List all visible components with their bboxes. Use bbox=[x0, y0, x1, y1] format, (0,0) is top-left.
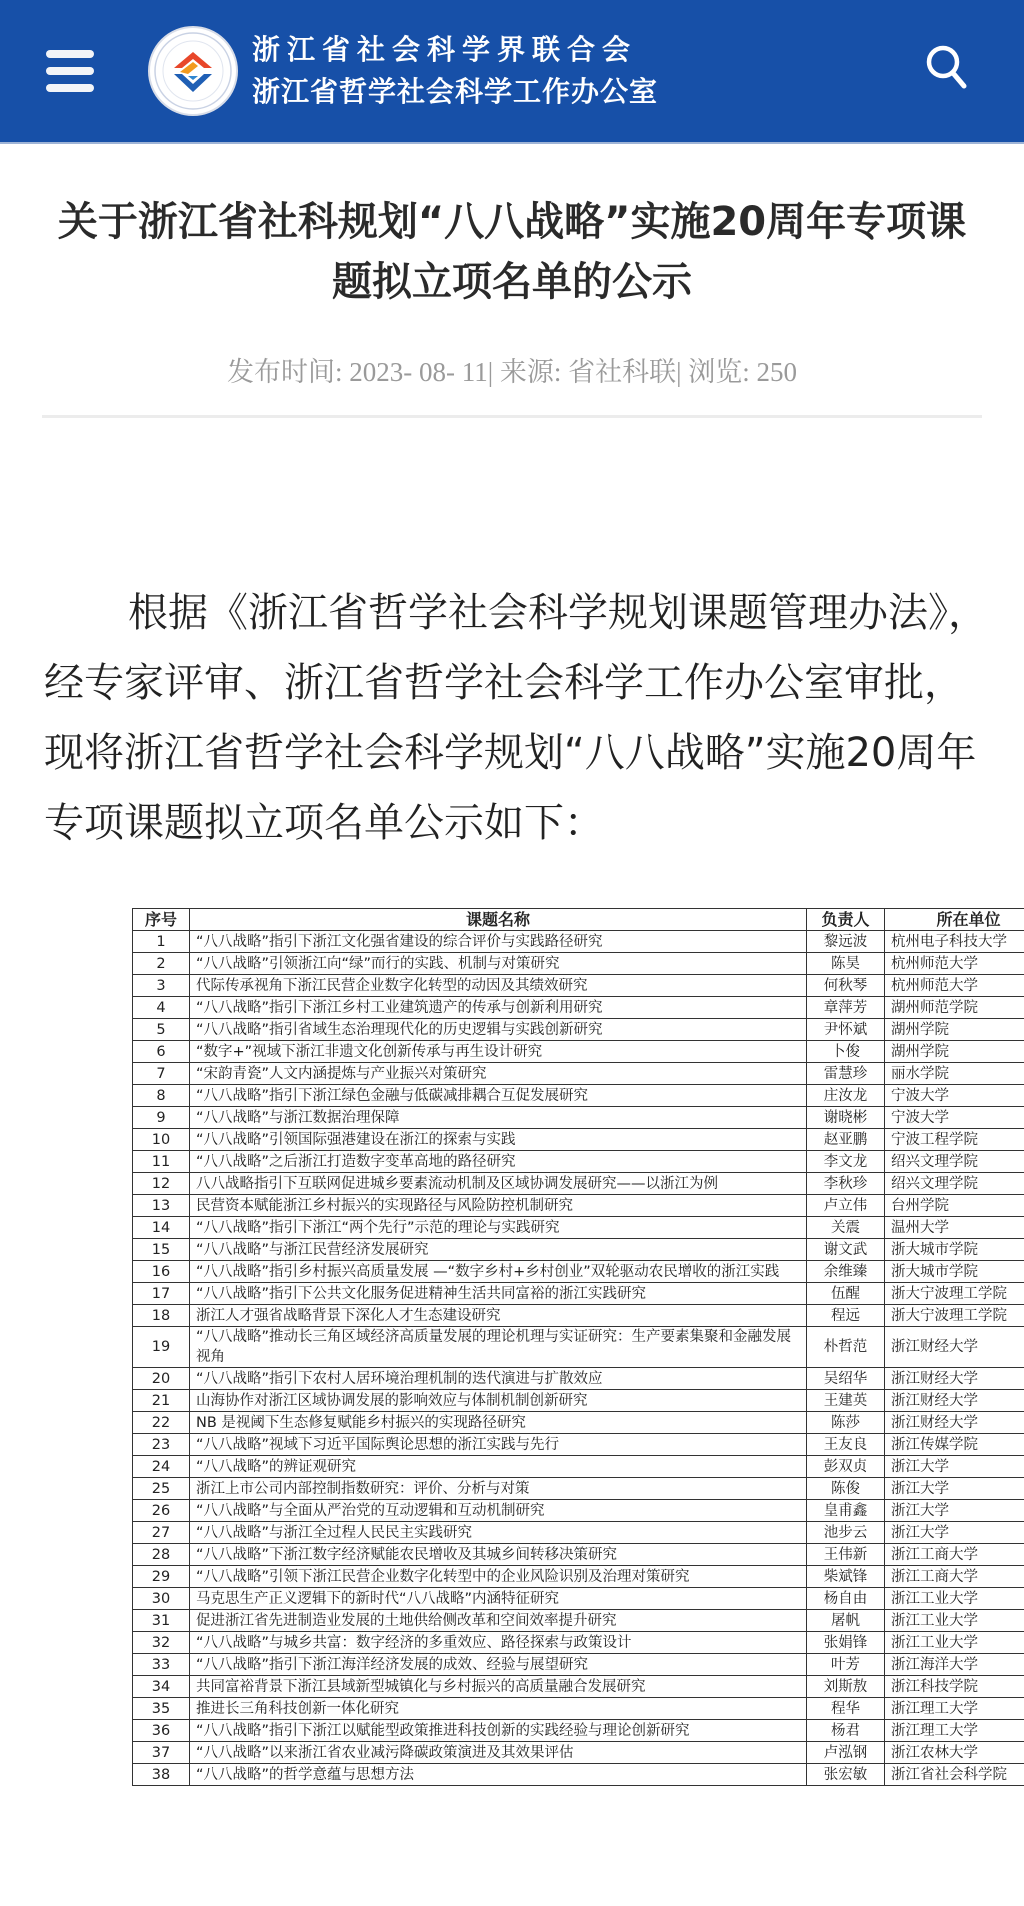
table-row: 22NB 是视阈下生态修复赋能乡村振兴的实现路径研究陈莎浙江财经大学 bbox=[133, 1412, 1024, 1434]
row-number: 17 bbox=[133, 1283, 190, 1305]
row-title: “八八战略”指引下浙江海洋经济发展的成效、经验与展望研究 bbox=[190, 1654, 807, 1676]
row-unit: 浙江工商大学 bbox=[885, 1566, 1024, 1588]
row-unit: 绍兴文理学院 bbox=[885, 1151, 1024, 1173]
row-title: “八八战略”视域下习近平国际舆论思想的浙江实践与先行 bbox=[190, 1434, 807, 1456]
row-title: 马克思生产正义逻辑下的新时代“八八战略”内涵特征研究 bbox=[190, 1588, 807, 1610]
row-lead: 皇甫鑫 bbox=[807, 1500, 885, 1522]
row-lead: 张宏敏 bbox=[807, 1764, 885, 1786]
table-row: 10“八八战略”引领国际强港建设在浙江的探索与实践赵亚鹏宁波工程学院 bbox=[133, 1129, 1024, 1151]
table-row: 7“宋韵青瓷”人文内涵提炼与产业振兴对策研究雷慧珍丽水学院 bbox=[133, 1063, 1024, 1085]
table-row: 30马克思生产正义逻辑下的新时代“八八战略”内涵特征研究杨自由浙江工业大学 bbox=[133, 1588, 1024, 1610]
row-title: 山海协作对浙江区域协调发展的影响效应与体制机制创新研究 bbox=[190, 1390, 807, 1412]
table-row: 19“八八战略”推动长三角区域经济高质量发展的理论机理与实证研究：生产要素集聚和… bbox=[133, 1327, 1024, 1368]
row-unit: 浙江工业大学 bbox=[885, 1588, 1024, 1610]
row-number: 23 bbox=[133, 1434, 190, 1456]
row-unit: 浙江工业大学 bbox=[885, 1610, 1024, 1632]
row-lead: 伍醒 bbox=[807, 1283, 885, 1305]
table-row: 17“八八战略”指引下公共文化服务促进精神生活共同富裕的浙江实践研究伍醒浙大宁波… bbox=[133, 1283, 1024, 1305]
row-unit: 温州大学 bbox=[885, 1217, 1024, 1239]
row-title: “八八战略”指引下浙江乡村工业建筑遗产的传承与创新利用研究 bbox=[190, 997, 807, 1019]
row-number: 24 bbox=[133, 1456, 190, 1478]
table-row: 5“八八战略”指引省域生态治理现代化的历史逻辑与实践创新研究尹怀斌湖州学院 bbox=[133, 1019, 1024, 1041]
row-unit: 浙江海洋大学 bbox=[885, 1654, 1024, 1676]
table-row: 29“八八战略”引领下浙江民营企业数字化转型中的企业风险识别及治理对策研究柴斌锋… bbox=[133, 1566, 1024, 1588]
table-row: 15“八八战略”与浙江民营经济发展研究谢文武浙大城市学院 bbox=[133, 1239, 1024, 1261]
row-number: 37 bbox=[133, 1742, 190, 1764]
row-lead: 卢泓钢 bbox=[807, 1742, 885, 1764]
table-row: 3代际传承视角下浙江民营企业数字化转型的动因及其绩效研究何秋琴杭州师范大学 bbox=[133, 975, 1024, 997]
row-lead: 尹怀斌 bbox=[807, 1019, 885, 1041]
row-unit: 浙江大学 bbox=[885, 1456, 1024, 1478]
row-unit: 浙大城市学院 bbox=[885, 1239, 1024, 1261]
row-number: 29 bbox=[133, 1566, 190, 1588]
table-row: 23“八八战略”视域下习近平国际舆论思想的浙江实践与先行王友良浙江传媒学院 bbox=[133, 1434, 1024, 1456]
row-lead: 张娟锋 bbox=[807, 1632, 885, 1654]
table-row: 25浙江上市公司内部控制指数研究：评价、分析与对策陈俊浙江大学 bbox=[133, 1478, 1024, 1500]
row-number: 18 bbox=[133, 1305, 190, 1327]
table-row: 36“八八战略”指引下浙江以赋能型政策推进科技创新的实践经验与理论创新研究杨君浙… bbox=[133, 1720, 1024, 1742]
article-paragraph: 根据《浙江省哲学社会科学规划课题管理办法》，经专家评审、浙江省哲学社会科学工作办… bbox=[44, 578, 994, 858]
row-title: 八八战略指引下互联网促进城乡要素流动机制及区域协调发展研究——以浙江为例 bbox=[190, 1173, 807, 1195]
table-row: 21山海协作对浙江区域协调发展的影响效应与体制机制创新研究王建英浙江财经大学 bbox=[133, 1390, 1024, 1412]
row-lead: 屠帆 bbox=[807, 1610, 885, 1632]
row-number: 9 bbox=[133, 1107, 190, 1129]
row-title: “八八战略”推动长三角区域经济高质量发展的理论机理与实证研究：生产要素集聚和金融… bbox=[190, 1327, 807, 1368]
row-title: “八八战略”与浙江全过程人民民主实践研究 bbox=[190, 1522, 807, 1544]
row-number: 33 bbox=[133, 1654, 190, 1676]
table-header-row: 序号 课题名称 负责人 所在单位 bbox=[133, 909, 1024, 931]
row-lead: 程华 bbox=[807, 1698, 885, 1720]
row-number: 32 bbox=[133, 1632, 190, 1654]
row-title: “八八战略”引领浙江向“绿”而行的实践、机制与对策研究 bbox=[190, 953, 807, 975]
row-unit: 浙江理工大学 bbox=[885, 1720, 1024, 1742]
row-unit: 浙江财经大学 bbox=[885, 1368, 1024, 1390]
row-unit: 浙大宁波理工学院 bbox=[885, 1305, 1024, 1327]
row-unit: 浙江财经大学 bbox=[885, 1327, 1024, 1368]
table-row: 6“数字+”视域下浙江非遗文化创新传承与再生设计研究卜俊湖州学院 bbox=[133, 1041, 1024, 1063]
row-number: 11 bbox=[133, 1151, 190, 1173]
row-lead: 李秋珍 bbox=[807, 1173, 885, 1195]
article-meta: 发布时间: 2023- 08- 11| 来源: 省社科联| 浏览: 250 bbox=[0, 350, 1024, 389]
table-row: 16“八八战略”指引乡村振兴高质量发展 —“数字乡村+乡村创业”双轮驱动农民增收… bbox=[133, 1261, 1024, 1283]
search-icon[interactable] bbox=[924, 42, 970, 94]
row-unit: 丽水学院 bbox=[885, 1063, 1024, 1085]
row-number: 13 bbox=[133, 1195, 190, 1217]
header-unit: 所在单位 bbox=[885, 909, 1024, 931]
row-lead: 庄汝龙 bbox=[807, 1085, 885, 1107]
row-title: 推进长三角科技创新一体化研究 bbox=[190, 1698, 807, 1720]
table-row: 32“八八战略”与城乡共富：数字经济的多重效应、路径探索与政策设计张娟锋浙江工业… bbox=[133, 1632, 1024, 1654]
row-lead: 王建英 bbox=[807, 1390, 885, 1412]
row-unit: 浙江大学 bbox=[885, 1500, 1024, 1522]
row-title: “数字+”视域下浙江非遗文化创新传承与再生设计研究 bbox=[190, 1041, 807, 1063]
header-title: 课题名称 bbox=[190, 909, 807, 931]
row-lead: 谢晓彬 bbox=[807, 1107, 885, 1129]
row-title: “八八战略”引领下浙江民营企业数字化转型中的企业风险识别及治理对策研究 bbox=[190, 1566, 807, 1588]
table-row: 24“八八战略”的辨证观研究彭双贞浙江大学 bbox=[133, 1456, 1024, 1478]
row-unit: 浙江传媒学院 bbox=[885, 1434, 1024, 1456]
site-header: 浙江省社会科学界联合会 浙江省哲学社会科学工作办公室 bbox=[0, 0, 1024, 144]
row-number: 10 bbox=[133, 1129, 190, 1151]
row-unit: 浙江财经大学 bbox=[885, 1390, 1024, 1412]
row-title: “八八战略”以来浙江省农业减污降碳政策演进及其效果评估 bbox=[190, 1742, 807, 1764]
row-unit: 浙江省社会科学院 bbox=[885, 1764, 1024, 1786]
table-row: 33“八八战略”指引下浙江海洋经济发展的成效、经验与展望研究叶芳浙江海洋大学 bbox=[133, 1654, 1024, 1676]
row-unit: 浙江农林大学 bbox=[885, 1742, 1024, 1764]
row-title: “八八战略”与城乡共富：数字经济的多重效应、路径探索与政策设计 bbox=[190, 1632, 807, 1654]
divider bbox=[42, 415, 982, 418]
row-title: “八八战略”与浙江数据治理保障 bbox=[190, 1107, 807, 1129]
org-name-line1: 浙江省社会科学界联合会 bbox=[252, 30, 658, 70]
row-number: 5 bbox=[133, 1019, 190, 1041]
row-unit: 浙大城市学院 bbox=[885, 1261, 1024, 1283]
row-number: 26 bbox=[133, 1500, 190, 1522]
row-number: 19 bbox=[133, 1327, 190, 1368]
row-title: 浙江人才强省战略背景下深化人才生态建设研究 bbox=[190, 1305, 807, 1327]
row-number: 14 bbox=[133, 1217, 190, 1239]
row-title: “八八战略”指引下浙江文化强省建设的综合评价与实践路径研究 bbox=[190, 931, 807, 953]
row-unit: 浙江工商大学 bbox=[885, 1544, 1024, 1566]
row-number: 27 bbox=[133, 1522, 190, 1544]
row-title: NB 是视阈下生态修复赋能乡村振兴的实现路径研究 bbox=[190, 1412, 807, 1434]
row-unit: 宁波工程学院 bbox=[885, 1129, 1024, 1151]
row-lead: 余维臻 bbox=[807, 1261, 885, 1283]
header-lead: 负责人 bbox=[807, 909, 885, 931]
row-unit: 杭州师范大学 bbox=[885, 975, 1024, 997]
row-number: 34 bbox=[133, 1676, 190, 1698]
row-lead: 黎远波 bbox=[807, 931, 885, 953]
row-number: 3 bbox=[133, 975, 190, 997]
row-number: 31 bbox=[133, 1610, 190, 1632]
row-number: 7 bbox=[133, 1063, 190, 1085]
row-number: 30 bbox=[133, 1588, 190, 1610]
row-unit: 杭州电子科技大学 bbox=[885, 931, 1024, 953]
table-row: 27“八八战略”与浙江全过程人民民主实践研究池步云浙江大学 bbox=[133, 1522, 1024, 1544]
row-title: “八八战略”的辨证观研究 bbox=[190, 1456, 807, 1478]
table-row: 9“八八战略”与浙江数据治理保障谢晓彬宁波大学 bbox=[133, 1107, 1024, 1129]
row-lead: 柴斌锋 bbox=[807, 1566, 885, 1588]
row-lead: 何秋琴 bbox=[807, 975, 885, 997]
org-logo[interactable] bbox=[148, 26, 238, 116]
row-title: “八八战略”之后浙江打造数字变革高地的路径研究 bbox=[190, 1151, 807, 1173]
table-row: 35推进长三角科技创新一体化研究程华浙江理工大学 bbox=[133, 1698, 1024, 1720]
table-row: 37“八八战略”以来浙江省农业减污降碳政策演进及其效果评估卢泓钢浙江农林大学 bbox=[133, 1742, 1024, 1764]
row-title: 代际传承视角下浙江民营企业数字化转型的动因及其绩效研究 bbox=[190, 975, 807, 997]
row-lead: 章萍芳 bbox=[807, 997, 885, 1019]
row-unit: 浙大宁波理工学院 bbox=[885, 1283, 1024, 1305]
row-unit: 宁波大学 bbox=[885, 1107, 1024, 1129]
table-row: 31促进浙江省先进制造业发展的土地供给侧改革和空间效率提升研究屠帆浙江工业大学 bbox=[133, 1610, 1024, 1632]
table-row: 18浙江人才强省战略背景下深化人才生态建设研究程远浙大宁波理工学院 bbox=[133, 1305, 1024, 1327]
row-lead: 杨自由 bbox=[807, 1588, 885, 1610]
row-number: 16 bbox=[133, 1261, 190, 1283]
row-lead: 王伟新 bbox=[807, 1544, 885, 1566]
table-row: 11 “八八战略”之后浙江打造数字变革高地的路径研究李文龙绍兴文理学院 bbox=[133, 1151, 1024, 1173]
row-lead: 叶芳 bbox=[807, 1654, 885, 1676]
row-number: 25 bbox=[133, 1478, 190, 1500]
row-unit: 湖州学院 bbox=[885, 1019, 1024, 1041]
row-lead: 陈俊 bbox=[807, 1478, 885, 1500]
row-lead: 刘斯敖 bbox=[807, 1676, 885, 1698]
row-unit: 浙江理工大学 bbox=[885, 1698, 1024, 1720]
table-row: 20“八八战略”指引下农村人居环境治理机制的迭代演进与扩散效应吴绍华浙江财经大学 bbox=[133, 1368, 1024, 1390]
row-unit: 湖州学院 bbox=[885, 1041, 1024, 1063]
row-number: 1 bbox=[133, 931, 190, 953]
row-lead: 卢立伟 bbox=[807, 1195, 885, 1217]
row-title: 民营资本赋能浙江乡村振兴的实现路径与风险防控机制研究 bbox=[190, 1195, 807, 1217]
row-unit: 杭州师范大学 bbox=[885, 953, 1024, 975]
row-lead: 陈莎 bbox=[807, 1412, 885, 1434]
row-title: “八八战略”指引下农村人居环境治理机制的迭代演进与扩散效应 bbox=[190, 1368, 807, 1390]
row-number: 12 bbox=[133, 1173, 190, 1195]
row-title: “八八战略”指引乡村振兴高质量发展 —“数字乡村+乡村创业”双轮驱动农民增收的浙… bbox=[190, 1261, 807, 1283]
row-title: “八八战略”指引下浙江以赋能型政策推进科技创新的实践经验与理论创新研究 bbox=[190, 1720, 807, 1742]
row-title: “八八战略”与浙江民营经济发展研究 bbox=[190, 1239, 807, 1261]
table-row: 2“八八战略”引领浙江向“绿”而行的实践、机制与对策研究陈昊杭州师范大学 bbox=[133, 953, 1024, 975]
row-lead: 朴哲范 bbox=[807, 1327, 885, 1368]
row-number: 38 bbox=[133, 1764, 190, 1786]
hamburger-menu-icon[interactable] bbox=[46, 50, 94, 94]
row-lead: 赵亚鹏 bbox=[807, 1129, 885, 1151]
org-name: 浙江省社会科学界联合会 浙江省哲学社会科学工作办公室 bbox=[252, 30, 658, 114]
row-lead: 池步云 bbox=[807, 1522, 885, 1544]
row-number: 22 bbox=[133, 1412, 190, 1434]
row-unit: 浙江大学 bbox=[885, 1522, 1024, 1544]
row-title: “八八战略”指引省域生态治理现代化的历史逻辑与实践创新研究 bbox=[190, 1019, 807, 1041]
table-row: 8“八八战略”指引下浙江绿色金融与低碳减排耦合互促发展研究庄汝龙宁波大学 bbox=[133, 1085, 1024, 1107]
table-row: 38“八八战略”的哲学意蕴与思想方法张宏敏浙江省社会科学院 bbox=[133, 1764, 1024, 1786]
row-number: 15 bbox=[133, 1239, 190, 1261]
row-number: 36 bbox=[133, 1720, 190, 1742]
row-lead: 陈昊 bbox=[807, 953, 885, 975]
row-lead: 雷慧珍 bbox=[807, 1063, 885, 1085]
row-number: 35 bbox=[133, 1698, 190, 1720]
row-lead: 彭双贞 bbox=[807, 1456, 885, 1478]
table-body: 1“八八战略”指引下浙江文化强省建设的综合评价与实践路径研究黎远波杭州电子科技大… bbox=[133, 931, 1024, 1786]
row-lead: 关震 bbox=[807, 1217, 885, 1239]
table-row: 12八八战略指引下互联网促进城乡要素流动机制及区域协调发展研究——以浙江为例李秋… bbox=[133, 1173, 1024, 1195]
row-number: 2 bbox=[133, 953, 190, 975]
row-unit: 台州学院 bbox=[885, 1195, 1024, 1217]
row-number: 8 bbox=[133, 1085, 190, 1107]
row-title: “八八战略”指引下浙江绿色金融与低碳减排耦合互促发展研究 bbox=[190, 1085, 807, 1107]
table-row: 14“八八战略”指引下浙江“两个先行”示范的理论与实践研究关震温州大学 bbox=[133, 1217, 1024, 1239]
project-list-table-container: 序号 课题名称 负责人 所在单位 1“八八战略”指引下浙江文化强省建设的综合评价… bbox=[132, 908, 1024, 1786]
row-number: 6 bbox=[133, 1041, 190, 1063]
row-title: “八八战略”与全面从严治党的互动逻辑和互动机制研究 bbox=[190, 1500, 807, 1522]
row-unit: 宁波大学 bbox=[885, 1085, 1024, 1107]
row-title: 浙江上市公司内部控制指数研究：评价、分析与对策 bbox=[190, 1478, 807, 1500]
row-lead: 杨君 bbox=[807, 1720, 885, 1742]
row-lead: 王友良 bbox=[807, 1434, 885, 1456]
row-unit: 浙江工业大学 bbox=[885, 1632, 1024, 1654]
row-lead: 卜俊 bbox=[807, 1041, 885, 1063]
project-list-table: 序号 课题名称 负责人 所在单位 1“八八战略”指引下浙江文化强省建设的综合评价… bbox=[132, 908, 1024, 1786]
row-title: “八八战略”引领国际强港建设在浙江的探索与实践 bbox=[190, 1129, 807, 1151]
row-lead: 吴绍华 bbox=[807, 1368, 885, 1390]
row-title: 促进浙江省先进制造业发展的土地供给侧改革和空间效率提升研究 bbox=[190, 1610, 807, 1632]
row-title: “八八战略”指引下浙江“两个先行”示范的理论与实践研究 bbox=[190, 1217, 807, 1239]
table-row: 13民营资本赋能浙江乡村振兴的实现路径与风险防控机制研究卢立伟台州学院 bbox=[133, 1195, 1024, 1217]
row-unit: 浙江科技学院 bbox=[885, 1676, 1024, 1698]
table-row: 26“八八战略”与全面从严治党的互动逻辑和互动机制研究皇甫鑫浙江大学 bbox=[133, 1500, 1024, 1522]
row-unit: 绍兴文理学院 bbox=[885, 1173, 1024, 1195]
row-number: 20 bbox=[133, 1368, 190, 1390]
table-row: 1“八八战略”指引下浙江文化强省建设的综合评价与实践路径研究黎远波杭州电子科技大… bbox=[133, 931, 1024, 953]
row-unit: 湖州师范学院 bbox=[885, 997, 1024, 1019]
row-unit: 浙江大学 bbox=[885, 1478, 1024, 1500]
org-name-line2: 浙江省哲学社会科学工作办公室 bbox=[252, 70, 658, 114]
header-no: 序号 bbox=[133, 909, 190, 931]
table-row: 28“八八战略”下浙江数字经济赋能农民增收及其城乡间转移决策研究王伟新浙江工商大… bbox=[133, 1544, 1024, 1566]
row-lead: 李文龙 bbox=[807, 1151, 885, 1173]
logo-emblem-icon bbox=[150, 28, 236, 114]
row-lead: 程远 bbox=[807, 1305, 885, 1327]
row-number: 4 bbox=[133, 997, 190, 1019]
row-number: 28 bbox=[133, 1544, 190, 1566]
row-title: “八八战略”指引下公共文化服务促进精神生活共同富裕的浙江实践研究 bbox=[190, 1283, 807, 1305]
row-title: “八八战略”的哲学意蕴与思想方法 bbox=[190, 1764, 807, 1786]
row-lead: 谢文武 bbox=[807, 1239, 885, 1261]
row-title: “宋韵青瓷”人文内涵提炼与产业振兴对策研究 bbox=[190, 1063, 807, 1085]
row-title: “八八战略”下浙江数字经济赋能农民增收及其城乡间转移决策研究 bbox=[190, 1544, 807, 1566]
table-row: 34共同富裕背景下浙江县域新型城镇化与乡村振兴的高质量融合发展研究刘斯敖浙江科技… bbox=[133, 1676, 1024, 1698]
row-title: 共同富裕背景下浙江县域新型城镇化与乡村振兴的高质量融合发展研究 bbox=[190, 1676, 807, 1698]
row-number: 21 bbox=[133, 1390, 190, 1412]
row-unit: 浙江财经大学 bbox=[885, 1412, 1024, 1434]
article-title: 关于浙江省社科规划“八八战略”实施20周年专项课题拟立项名单的公示 bbox=[40, 192, 984, 312]
table-row: 4“八八战略”指引下浙江乡村工业建筑遗产的传承与创新利用研究章萍芳湖州师范学院 bbox=[133, 997, 1024, 1019]
